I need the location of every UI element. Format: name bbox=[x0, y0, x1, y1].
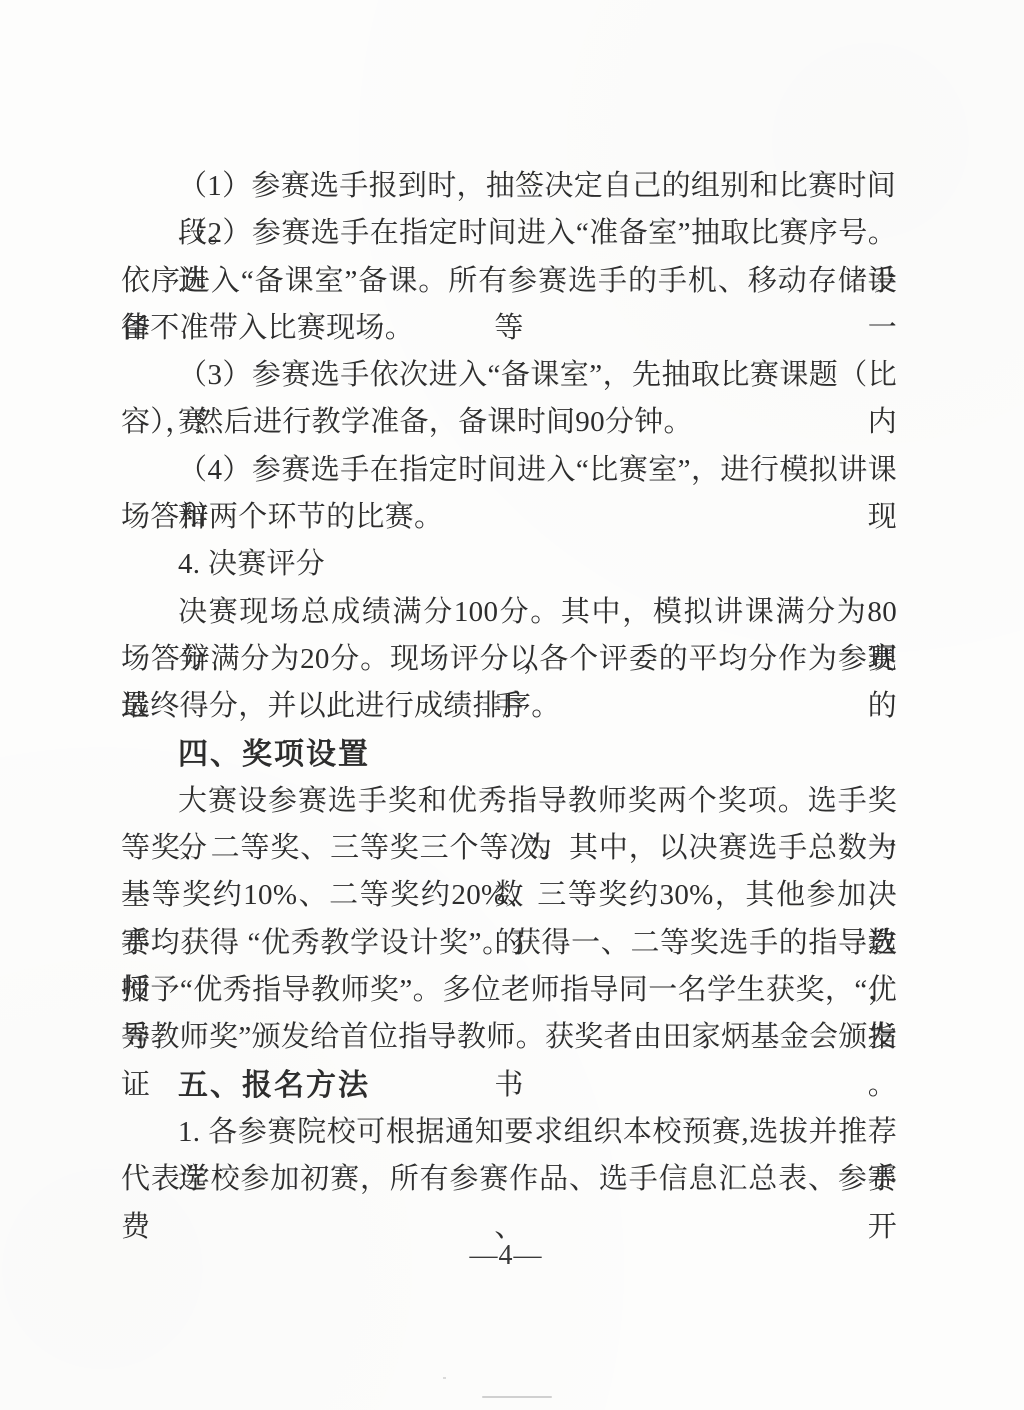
text-line: 代表学校参加初赛，所有参赛作品、选手信息汇总表、参赛费、开 bbox=[121, 1156, 897, 1203]
text-line: 决赛现场总成绩满分100分。其中，模拟讲课满分为80分，现 bbox=[121, 589, 897, 636]
text-line: 1. 各参赛院校可根据通知要求组织本校预赛,选拔并推荐选手 bbox=[121, 1109, 897, 1156]
page-number: —4— bbox=[0, 1240, 1012, 1272]
text-line: （3）参赛选手依次进入“备课室”，先抽取比赛课题（比赛内 bbox=[121, 352, 897, 399]
scan-artifact-speck bbox=[443, 1377, 446, 1379]
document-body: （1）参赛选手报到时，抽签决定自己的组别和比赛时间段。（2）参赛选手在指定时间进… bbox=[121, 163, 897, 1204]
text-line: 导教师奖”颁发给首位指导教师。获奖者由田家炳基金会颁发证书。 bbox=[121, 1014, 897, 1061]
document-page: （1）参赛选手报到时，抽签决定自己的组别和比赛时间段。（2）参赛选手在指定时间进… bbox=[0, 0, 1024, 1410]
text-line: （4）参赛选手在指定时间进入“比赛室”，进行模拟讲课和现 bbox=[121, 447, 897, 494]
text-line: 大赛设参赛选手奖和优秀指导教师奖两个奖项。选手奖分为一 bbox=[121, 778, 897, 825]
text-line: （1）参赛选手报到时，抽签决定自己的组别和比赛时间段。 bbox=[121, 163, 897, 210]
text-line: 等奖、二等奖、三等奖三个等次。其中，以决赛选手总数为基数， bbox=[121, 825, 897, 872]
text-line: 依序进入“备课室”备课。所有参赛选手的手机、移动存储设备等一 bbox=[121, 258, 897, 305]
section-heading: 四、奖项设置 bbox=[121, 731, 897, 778]
text-line: 一等奖约10%、二等奖约20%、三等奖约30%，其他参加决赛的选 bbox=[121, 872, 897, 919]
text-line: 场答辩满分为20分。现场评分以各个评委的平均分作为参赛选手的 bbox=[121, 636, 897, 683]
text-line: 手均获得 “优秀教学设计奖”。获得一、二等奖选手的指导教师， bbox=[121, 920, 897, 967]
text-line: 4. 决赛评分 bbox=[121, 541, 897, 588]
text-line: 授予“优秀指导教师奖”。多位老师指导同一名学生获奖，“优秀指 bbox=[121, 967, 897, 1014]
scan-artifact-line bbox=[482, 1396, 552, 1398]
text-line: （2）参赛选手在指定时间进入“准备室”抽取比赛序号。选手 bbox=[121, 210, 897, 257]
